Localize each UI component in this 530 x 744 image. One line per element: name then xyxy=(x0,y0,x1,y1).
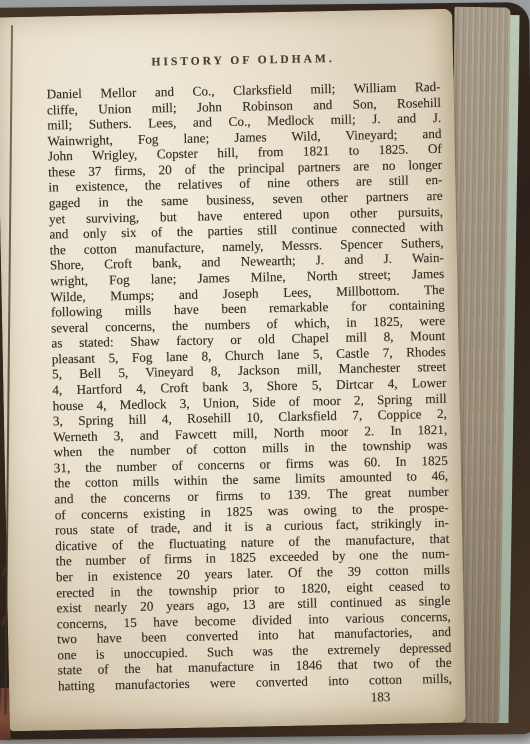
page-content: HISTORY OF OLDHAM. Daniel Mellor and Co.… xyxy=(46,51,452,711)
page-text: Daniel Mellor and Co., Clarksfield mill;… xyxy=(47,79,453,694)
book-page: HISTORY OF OLDHAM. Daniel Mellor and Co.… xyxy=(0,9,466,732)
book-photo: HISTORY OF OLDHAM. Daniel Mellor and Co.… xyxy=(0,0,530,744)
running-header: HISTORY OF OLDHAM. xyxy=(46,51,440,71)
